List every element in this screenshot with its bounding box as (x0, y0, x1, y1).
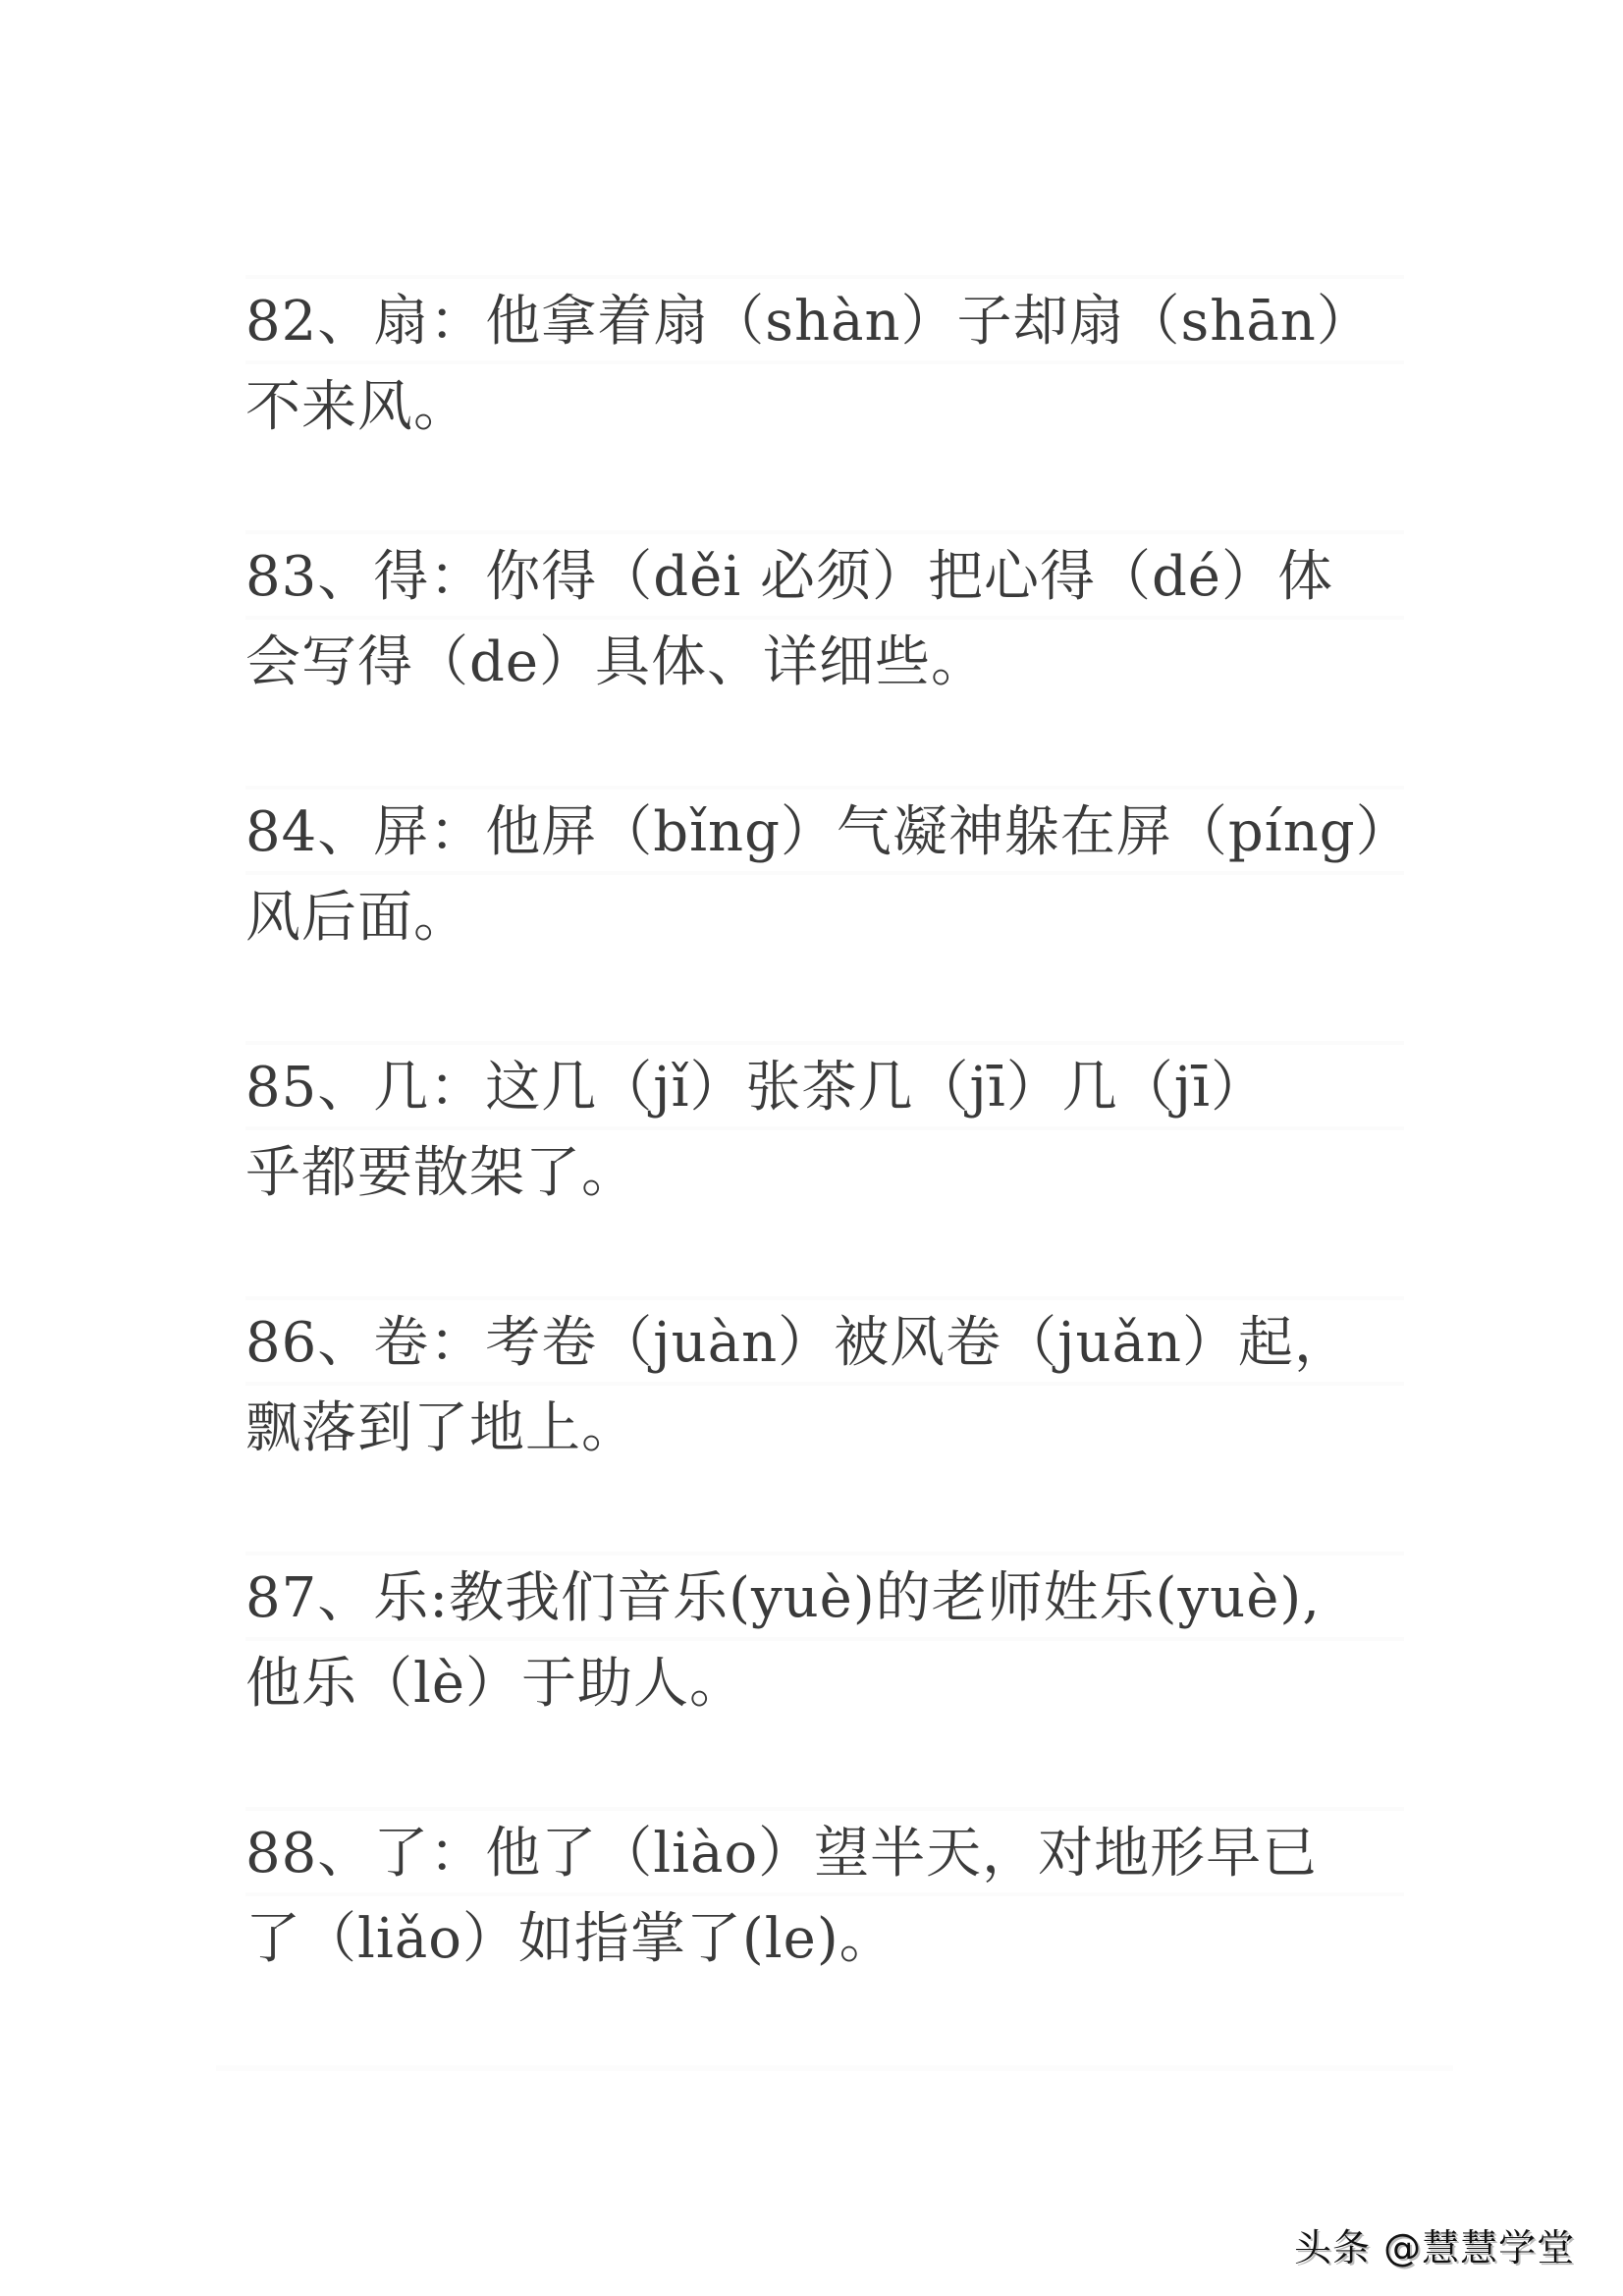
item-line-1: 87、乐:教我们音乐(yuè)的老师姓乐(yuè), (245, 1552, 1404, 1637)
document-page: 82、扇：他拿着扇（shàn）子却扇（shān） 不来风。 83、得：你得（dě… (0, 0, 1623, 2296)
polyphone-item-88: 88、了：他了（liào）望半天，对地形早已 了（liǎo）如指掌了(le)。 (245, 1807, 1404, 1978)
item-line-2: 风后面。 (245, 871, 1404, 957)
polyphone-item-87: 87、乐:教我们音乐(yuè)的老师姓乐(yuè), 他乐（lè）于助人。 (245, 1552, 1404, 1722)
polyphone-item-85: 85、几：这几（jǐ）张茶几（jī）几（jī） 乎都要散架了。 (245, 1041, 1404, 1212)
item-line-2: 乎都要散架了。 (245, 1126, 1404, 1212)
item-line-1: 83、得：你得（děi 必须）把心得（dé）体 (245, 530, 1404, 616)
divider (216, 2065, 1453, 2071)
polyphone-item-86: 86、卷：考卷（juàn）被风卷（juǎn）起， 飘落到了地上。 (245, 1296, 1404, 1467)
item-line-1: 85、几：这几（jǐ）张茶几（jī）几（jī） (245, 1041, 1404, 1126)
item-line-2: 会写得（de）具体、详细些。 (245, 616, 1404, 701)
item-line-2: 他乐（lè）于助人。 (245, 1637, 1404, 1722)
polyphone-item-83: 83、得：你得（děi 必须）把心得（dé）体 会写得（de）具体、详细些。 (245, 530, 1404, 701)
watermark: 头条 @慧慧学堂 (1294, 2217, 1575, 2271)
item-line-2: 了（liǎo）如指掌了(le)。 (245, 1892, 1404, 1978)
item-line-1: 84、屏：他屏（bǐng）气凝神躲在屏（píng） (245, 786, 1404, 871)
item-line-1: 82、扇：他拿着扇（shàn）子却扇（shān） (245, 275, 1404, 360)
polyphone-item-82: 82、扇：他拿着扇（shàn）子却扇（shān） 不来风。 (245, 275, 1404, 446)
item-line-2: 飘落到了地上。 (245, 1382, 1404, 1467)
item-line-1: 86、卷：考卷（juàn）被风卷（juǎn）起， (245, 1296, 1404, 1382)
item-line-2: 不来风。 (245, 360, 1404, 446)
item-line-1: 88、了：他了（liào）望半天，对地形早已 (245, 1807, 1404, 1892)
polyphone-item-84: 84、屏：他屏（bǐng）气凝神躲在屏（píng） 风后面。 (245, 786, 1404, 957)
